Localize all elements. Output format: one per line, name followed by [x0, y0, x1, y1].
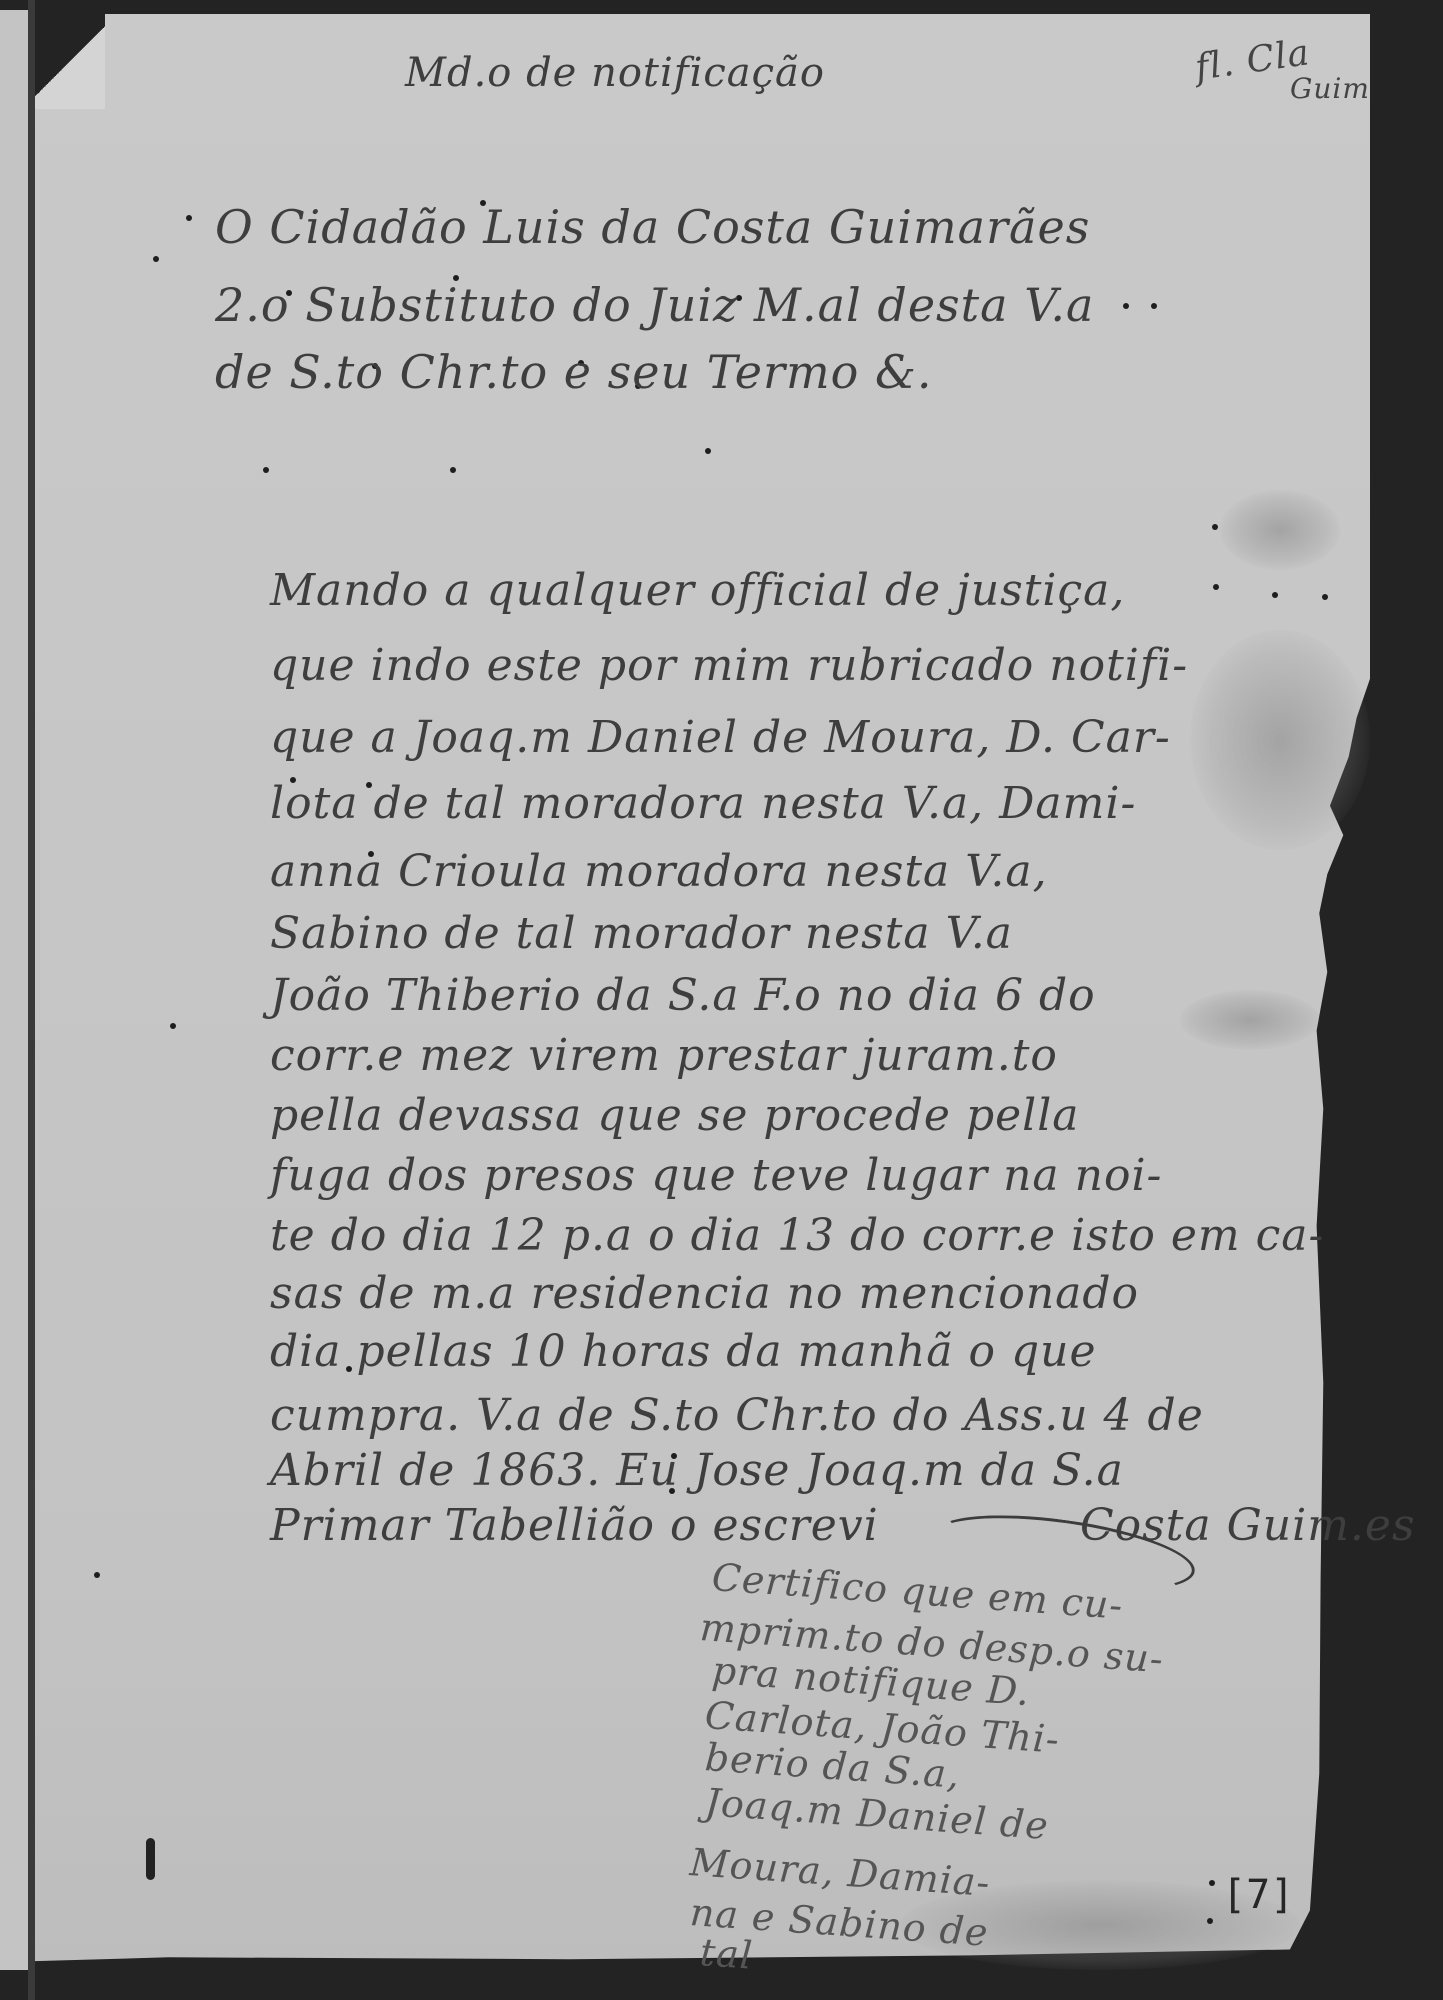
water-stain: [1190, 630, 1370, 850]
pinhole: [1207, 1918, 1213, 1924]
body-line: que a Joaq.m Daniel de Moura, D. Car-: [270, 712, 1171, 763]
pinhole: [186, 215, 192, 221]
body-line: corr.e mez virem prestar juram.to: [270, 1030, 1058, 1081]
body-line: Mando a qualquer official de justiça,: [270, 565, 1125, 616]
body-line: Sabino de tal morador nesta V.a: [270, 908, 1013, 959]
body-line: cumpra. V.a de S.to Chr.to do Ass.u 4 de: [270, 1390, 1204, 1441]
water-stain: [1220, 490, 1340, 570]
adjacent-page-edge: [0, 10, 28, 1970]
body-line: dia pellas 10 horas da manhã o que: [270, 1326, 1097, 1377]
ink-mark: [146, 1838, 155, 1880]
pinhole: [1209, 1880, 1215, 1886]
folio-note-second-line: Guim: [1290, 72, 1370, 105]
pinhole: [263, 467, 269, 473]
pinhole: [153, 256, 159, 262]
body-line: sas de m.a residencia no mencionado: [270, 1268, 1139, 1319]
pinhole: [1212, 524, 1218, 530]
address-line-3: de S.to Chr.to e seu Termo &.: [215, 345, 933, 399]
pinhole: [1213, 584, 1219, 590]
certificate-line: tal: [698, 1930, 754, 1978]
address-line-2: 2.o Substituto do Juiz M.al desta V.a: [215, 278, 1094, 332]
address-line-1: O Cidadão Luis da Costa Guimarães: [215, 200, 1090, 254]
archive-page-number: [7]: [1222, 1872, 1294, 1918]
body-line: Abril de 1863. Eu Jose Joaq.m da S.a: [270, 1445, 1124, 1496]
pinhole: [450, 467, 456, 473]
body-line: anna Crioula moradora nesta V.a,: [270, 846, 1048, 897]
pinhole: [1322, 594, 1328, 600]
pinhole: [1151, 303, 1157, 309]
body-line: que indo este por mim rubricado notifi-: [270, 640, 1188, 691]
body-line: te do dia 12 p.a o dia 13 do corr.e isto…: [270, 1210, 1324, 1261]
body-line: João Thiberio da S.a F.o no dia 6 do: [270, 970, 1096, 1021]
pinhole: [94, 1572, 100, 1578]
body-line: pella devassa que se procede pella: [270, 1090, 1080, 1141]
body-line: fuga dos presos que teve lugar na noi-: [270, 1150, 1162, 1201]
body-line: lota de tal moradora nesta V.a, Dami-: [270, 778, 1136, 829]
pinhole: [705, 448, 711, 454]
pinhole: [1272, 592, 1278, 598]
pinhole: [1123, 303, 1129, 309]
folded-corner: [35, 14, 105, 109]
body-line: Primar Tabellião o escrevi: [270, 1500, 879, 1551]
document-title: Md.o de notificação: [405, 50, 825, 96]
binding-gutter: [28, 0, 35, 2000]
pinhole: [170, 1023, 176, 1029]
water-stain: [1180, 990, 1320, 1050]
